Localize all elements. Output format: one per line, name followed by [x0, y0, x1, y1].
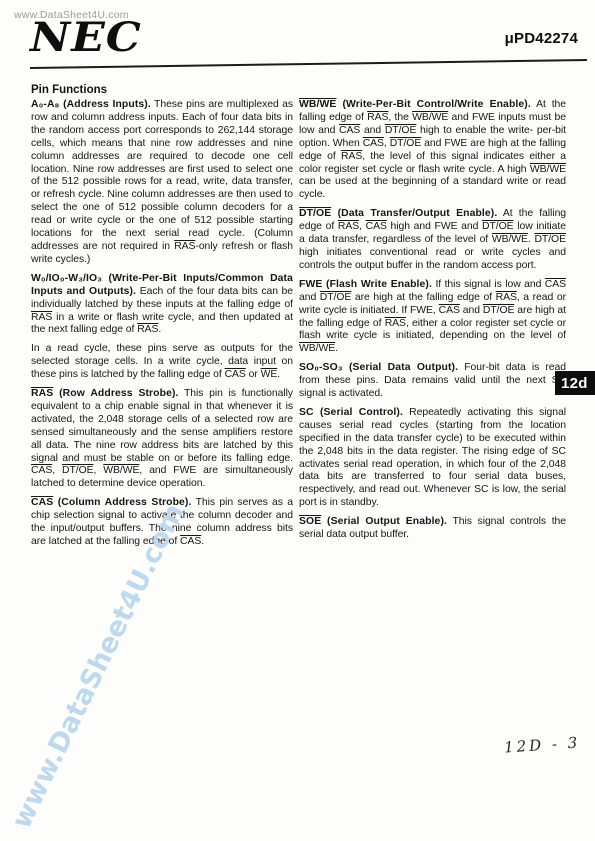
section-index-tab: 12d	[555, 371, 595, 395]
overlined-signal: DT/OE	[390, 138, 422, 149]
pin-description: Repeatedly activating this signal causes…	[299, 407, 566, 508]
handwritten-page-number: 12D - 3	[503, 733, 580, 756]
pin-function-paragraph: FWE (Flash Write Enable). If this signal…	[299, 279, 566, 356]
datasheet-page: www.DataSheet4U.com NEC μPD42274 Pin Fun…	[0, 0, 595, 841]
pin-name-heading: A₀-A₈ (Address Inputs).	[31, 99, 151, 110]
overlined-signal: CAS	[439, 305, 460, 316]
overlined-signal: DT/OE	[299, 208, 331, 219]
pin-function-paragraph: SO₀-SO₃ (Serial Data Output). Four-bit d…	[299, 362, 566, 401]
overlined-signal: RAS	[174, 241, 195, 252]
pin-description: In a read cycle, these pins serve as out…	[31, 343, 293, 380]
pin-name-heading: SOE (Serial Output Enable).	[299, 516, 447, 527]
pin-description: If this signal is low and CAS and DT/OE …	[299, 279, 566, 355]
overlined-signal: CAS	[31, 497, 53, 508]
overlined-signal: DT/OE	[320, 292, 352, 303]
pin-description: At the falling edge of RAS, the WB/WE an…	[299, 99, 566, 200]
overlined-signal: RAS	[338, 221, 359, 232]
overlined-signal: DT/OE	[534, 234, 566, 245]
left-column: A₀-A₈ (Address Inputs). These pins are m…	[31, 99, 293, 555]
pin-function-paragraph: WB/WE (Write-Per-Bit Control/Write Enabl…	[299, 99, 566, 202]
overlined-signal: DT/OE	[385, 125, 417, 136]
overlined-signal: DT/OE	[482, 221, 514, 232]
overlined-signal: SOE	[299, 516, 321, 527]
overlined-signal: RAS	[137, 324, 158, 335]
overlined-signal: RAS	[496, 292, 517, 303]
pin-function-paragraph: W₀/IO₀-W₃/IO₃ (Write-Per-Bit Inputs/Comm…	[31, 273, 293, 338]
pin-name-heading: SC (Serial Control).	[299, 407, 403, 418]
overlined-signal: RAS	[31, 388, 53, 399]
pin-name-heading: DT/OE (Data Transfer/Output Enable).	[299, 208, 497, 219]
pin-function-paragraph: A₀-A₈ (Address Inputs). These pins are m…	[31, 99, 293, 267]
overlined-signal: CAS	[180, 536, 201, 547]
overlined-signal: DT/OE	[483, 305, 515, 316]
pin-function-paragraph: In a read cycle, these pins serve as out…	[31, 343, 293, 382]
overlined-signal: CAS	[545, 279, 566, 290]
pin-function-paragraph: SC (Serial Control). Repeatedly activati…	[299, 407, 566, 510]
pin-function-paragraph: RAS (Row Address Strobe). This pin is fu…	[31, 388, 293, 491]
overlined-signal: RAS	[341, 151, 362, 162]
pin-function-paragraph: DT/OE (Data Transfer/Output Enable). At …	[299, 208, 566, 273]
overlined-signal: WB/WE	[103, 465, 139, 476]
overlined-signal: WB/WE	[412, 112, 448, 123]
overlined-signal: CAS	[225, 369, 246, 380]
pin-name-heading: FWE (Flash Write Enable).	[299, 279, 432, 290]
pin-function-paragraph: SOE (Serial Output Enable). This signal …	[299, 516, 566, 542]
overlined-signal: WB/WE	[492, 234, 528, 245]
overlined-signal: CAS	[363, 138, 384, 149]
overlined-signal: RAS	[385, 318, 406, 329]
overlined-signal: WE	[261, 369, 278, 380]
pin-name-heading: RAS (Row Address Strobe).	[31, 388, 179, 399]
overlined-signal: WB/WE	[299, 343, 335, 354]
section-title: Pin Functions	[31, 84, 107, 96]
part-number: μPD42274	[505, 30, 578, 47]
overlined-signal: DT/OE	[62, 465, 94, 476]
pin-description: This pin is functionally equivalent to a…	[31, 388, 293, 489]
overlined-signal: WB/WE	[299, 99, 336, 110]
overlined-signal: CAS	[366, 221, 387, 232]
pin-name-heading: SO₀-SO₃ (Serial Data Output).	[299, 362, 458, 373]
right-column: WB/WE (Write-Per-Bit Control/Write Enabl…	[299, 99, 566, 548]
pin-name-heading: WB/WE (Write-Per-Bit Control/Write Enabl…	[299, 99, 531, 110]
pin-description: These pins are multiplexed as row and co…	[31, 99, 293, 265]
overlined-signal: RAS	[31, 312, 52, 323]
overlined-signal: CAS	[339, 125, 360, 136]
overlined-signal: RAS	[367, 112, 388, 123]
overlined-signal: WB/WE	[530, 164, 566, 175]
overlined-signal: CAS	[31, 465, 52, 476]
nec-logo: NEC	[30, 18, 142, 58]
